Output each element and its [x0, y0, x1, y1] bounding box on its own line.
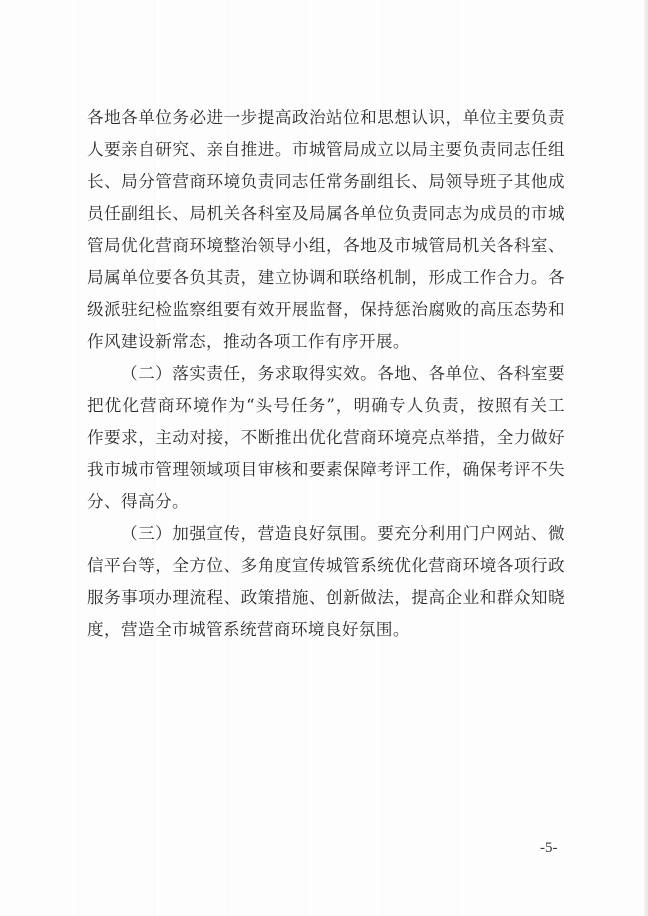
text-line: 管局优化营商环境整治领导小组，各地及市城管局机关各科室、: [87, 230, 565, 262]
text-line: 人要亲自研究、亲自推进。市城管局成立以局主要负责同志任组: [87, 134, 565, 166]
document-body: 各地各单位务必进一步提高政治站位和思想认识，单位主要负责 人要亲自研究、亲自推进…: [87, 102, 565, 646]
scan-artifact-line: [78, 0, 79, 916]
text-line: 度，营造全市城管系统营商环境良好氛围。: [87, 614, 565, 646]
text-line: 员任副组长、局机关各科室及局属各单位负责同志为成员的市城: [87, 198, 565, 230]
text-line: 局属单位要各负其责，建立协调和联络机制，形成工作合力。各: [87, 262, 565, 294]
text-line: 各地各单位务必进一步提高政治站位和思想认识，单位主要负责: [87, 102, 565, 134]
text-line: 我市城市管理领域项目审核和要素保障考评工作，确保考评不失: [87, 454, 565, 486]
text-line: 长、局分管营商环境负责同志任常务副组长、局领导班子其他成: [87, 166, 565, 198]
paragraph-leadership: 各地各单位务必进一步提高政治站位和思想认识，单位主要负责 人要亲自研究、亲自推进…: [87, 102, 565, 358]
text-line: 分、得高分。: [87, 486, 565, 518]
text-line: 级派驻纪检监察组要有效开展监督，保持惩治腐败的高压态势和: [87, 294, 565, 326]
page-edge: [644, 0, 648, 916]
text-line: 作要求，主动对接，不断推出优化营商环境亮点举措，全力做好: [87, 422, 565, 454]
text-line: 服务事项办理流程、政策措施、创新做法，提高企业和群众知晓: [87, 582, 565, 614]
text-line: 作风建设新常态，推动各项工作有序开展。: [87, 326, 565, 358]
text-line: （三）加强宣传，营造良好氛围。要充分利用门户网站、微: [87, 518, 565, 550]
text-line: （二）落实责任，务求取得实效。各地、各单位、各科室要: [87, 358, 565, 390]
paragraph-section-2: （二）落实责任，务求取得实效。各地、各单位、各科室要 把优化营商环境作为“头号任…: [87, 358, 565, 518]
page-number: -5-: [540, 840, 558, 857]
text-line: 信平台等，全方位、多角度宣传城管系统优化营商环境各项行政: [87, 550, 565, 582]
text-line: 把优化营商环境作为“头号任务”，明确专人负责，按照有关工: [87, 390, 565, 422]
paragraph-section-3: （三）加强宣传，营造良好氛围。要充分利用门户网站、微 信平台等，全方位、多角度宣…: [87, 518, 565, 646]
